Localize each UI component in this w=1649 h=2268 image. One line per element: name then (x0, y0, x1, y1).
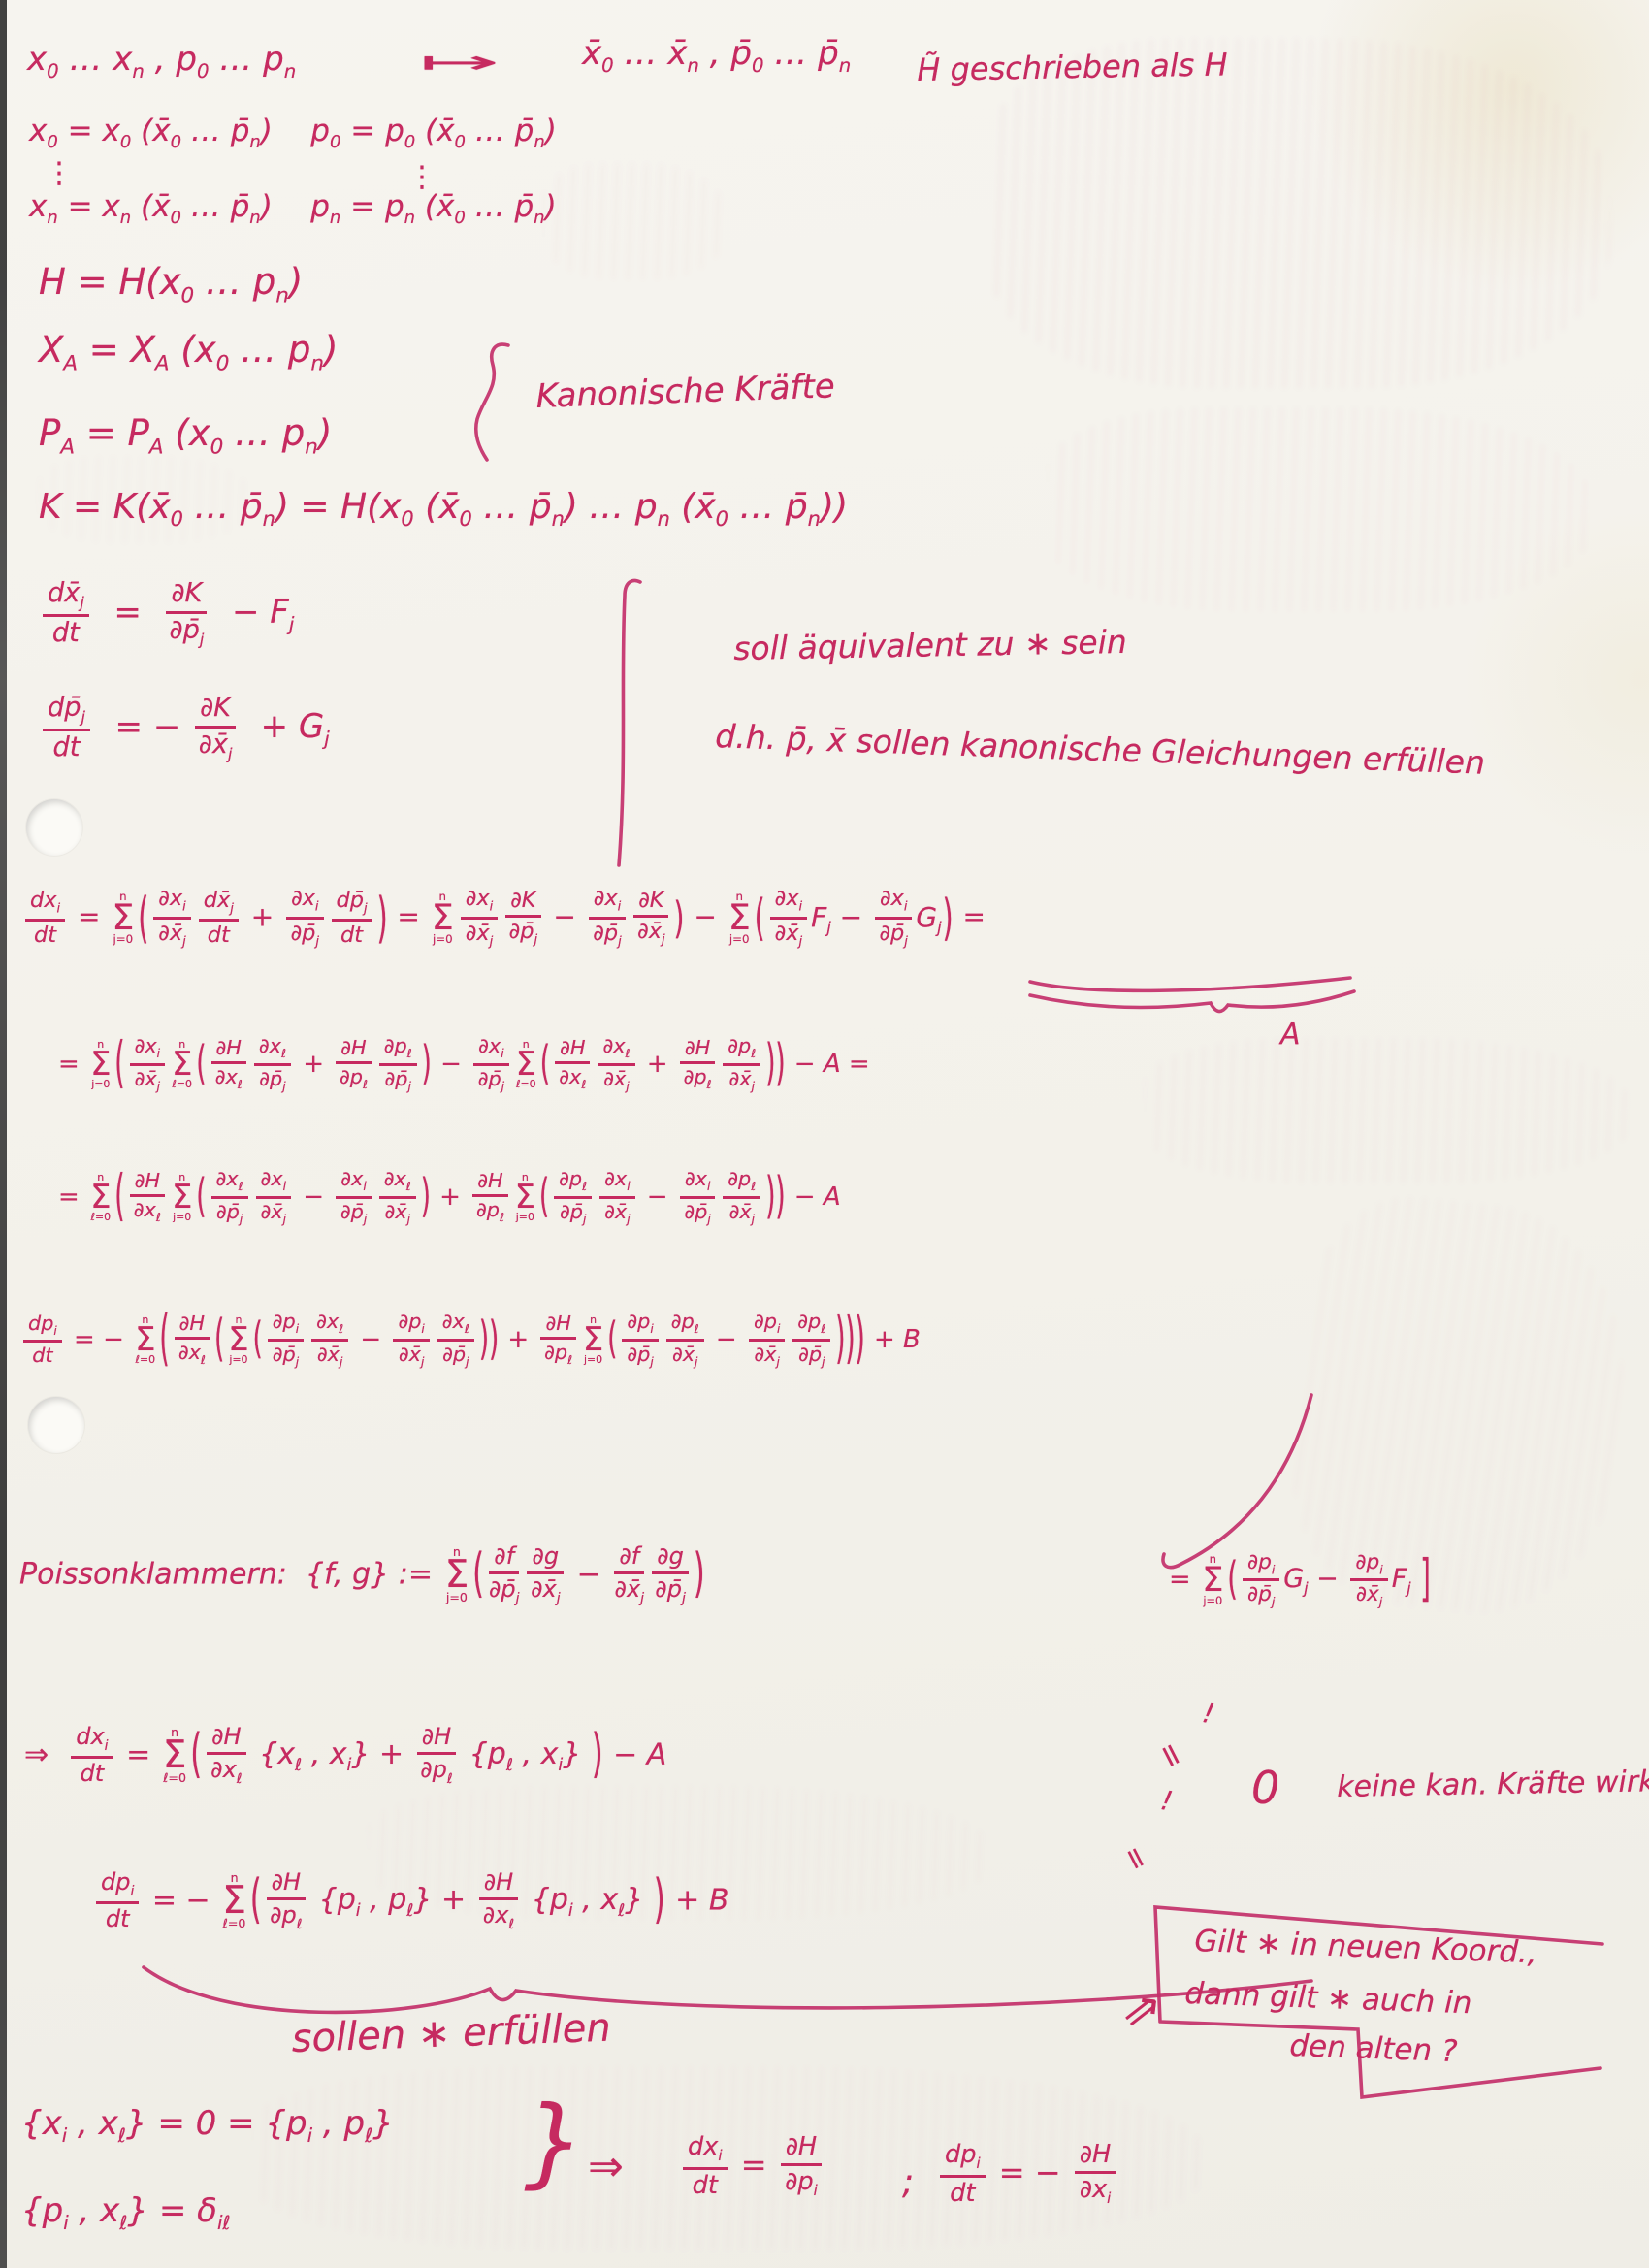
dxdt-row-2: = nΣj=0(∂xi∂x̄jnΣℓ=0(∂H∂xℓ∂xℓ∂p̄j + ∂H∂p… (58, 1036, 870, 1093)
bleed-through-smudge (543, 163, 727, 279)
should-mark-4: = (1116, 1841, 1153, 1876)
map-codomain: x̄0 … x̄n , p̄0 … p̄n (582, 37, 851, 76)
poisson-def: Poissonklammern: {f, g} := nΣj=0(∂f∂p̄j∂… (19, 1544, 706, 1606)
h-tilde-note: H̃ geschrieben als H (917, 49, 1228, 85)
eq-xbar-dot: dx̄jdt = ∂K∂p̄j − Fj (39, 580, 294, 648)
soll-note-1: soll äquivalent zu ∗ sein (733, 626, 1127, 664)
vdots-left: ⋮ (45, 159, 74, 188)
brace-soll-note (619, 581, 640, 865)
should-mark-3: ! (1158, 1787, 1175, 1816)
punch-hole-bottom (28, 1397, 84, 1453)
bracket-xx-pp: {xi , xℓ} = 0 = {pi , pℓ} (21, 2107, 394, 2146)
box-line-1: Gilt ∗ in neuen Koord., (1194, 1927, 1537, 1968)
should-mark-1: ! (1200, 1700, 1216, 1729)
bleed-through-smudge (989, 39, 1610, 388)
canonical-eq-p: dpidt = − ∂H∂xi (936, 2142, 1119, 2207)
box-line-3: den alten ? (1289, 2031, 1458, 2067)
curved-arrow-to-side-eq (1163, 1395, 1311, 1568)
map-domain: x0 … xn , p0 … pn (27, 43, 296, 81)
hamiltonian-def: H = H(x0 … pn) (39, 264, 303, 307)
result-dxdt: ⇒ dxidt = nΣℓ=0(∂H∂xℓ {xℓ , xi} + ∂H∂pℓ … (24, 1725, 666, 1787)
side-force-eq: = nΣj=0(∂pi∂p̄jGj − ∂pi∂x̄jFj ] (1169, 1552, 1432, 1608)
implies-arrow: ⇒ (588, 2146, 624, 2188)
zero-value: 0 (1251, 1766, 1279, 1810)
arrow-to-box: ⇒ (1112, 1980, 1171, 2041)
scan-edge (0, 0, 7, 2268)
transform-x0-p0: x0 = x0 (x̄0 … p̄n) p0 = p0 (x̄0 … p̄n) (29, 116, 557, 151)
a-underbrace-label: A (1280, 1021, 1301, 1050)
dxdt-row-1: dxidt = nΣj=0(∂xi∂x̄jdx̄jdt + ∂xi∂p̄jdp̄… (21, 888, 986, 949)
force-p-def: PA = PA (x0 … pn) (39, 415, 332, 458)
canonical-eq-x: dxidt = ∂H∂pi (679, 2134, 825, 2199)
handwritten-notes-page: x0 … xn , p0 … pn↦x̄0 … x̄n , p̄0 … p̄nH… (0, 0, 1649, 2268)
dpdt-row: dpidt = − nΣℓ=0(∂H∂xℓ(nΣj=0(∂pi∂p̄j∂xℓ∂x… (19, 1312, 921, 1369)
punch-hole-top (26, 799, 82, 856)
result-dpdt: dpidt = − nΣℓ=0(∂H∂pℓ {pi , pℓ} + ∂H∂xℓ … (92, 1870, 728, 1932)
bleed-through-smudge (1145, 1038, 1630, 1183)
underline-A-term (1030, 978, 1350, 990)
brace-kanonische-kraefte (476, 344, 508, 460)
should-mark-2: = (1151, 1736, 1191, 1773)
vdots-right: ⋮ (407, 163, 436, 192)
separator-semicolon: ; (902, 2165, 914, 2200)
transform-xn-pn: xn = xn (x̄0 … p̄n) pn = pn (x̄0 … p̄n) (29, 192, 557, 227)
keine-kraefte-note: keine kan. Kräfte wirken (1337, 1767, 1649, 1802)
dxdt-row-3: = nΣℓ=0(∂H∂xℓnΣj=0(∂xℓ∂p̄j∂xi∂x̄j − ∂xi∂… (58, 1169, 841, 1226)
soll-note-2: d.h. p̄, x̄ sollen kanonische Gleichunge… (715, 720, 1486, 779)
k-def: K = K(x̄0 … p̄n) = H(x0 (x̄0 … p̄n) … pn… (39, 490, 848, 530)
kanonische-kraefte-label: Kanonische Kräfte (535, 370, 835, 413)
closing-brace: } (524, 2093, 586, 2190)
mapsto-arrow: ↦ (419, 47, 500, 78)
box-line-2: dann gilt ∗ auch in (1184, 1979, 1472, 2019)
sollen-erfuellen-label: sollen ∗ erfüllen (291, 2009, 611, 2058)
bracket-px-delta: {pi , xℓ} = δiℓ (21, 2194, 231, 2233)
force-x-def: XA = XA (x0 … pn) (39, 332, 338, 374)
eq-pbar-dot: dp̄jdt = − ∂K∂x̄j + Gj (39, 695, 330, 762)
underbrace-A (1030, 991, 1354, 1012)
bleed-through-smudge (1048, 407, 1591, 611)
